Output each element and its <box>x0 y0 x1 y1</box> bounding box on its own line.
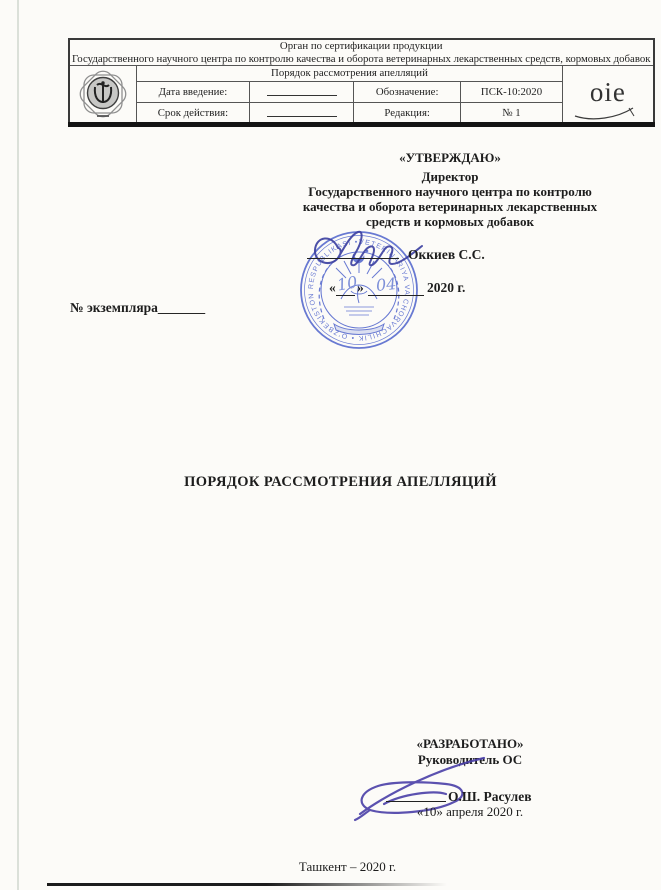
veterinary-emblem-icon <box>75 66 131 122</box>
oie-logo-swoosh-icon <box>573 106 637 120</box>
field-value-revision: № 1 <box>460 103 562 125</box>
approve-org-line1: Государственного научного центра по конт… <box>290 184 610 199</box>
field-blank-date-intro <box>250 81 354 103</box>
field-value-designation: ПСК-10:2020 <box>460 81 562 103</box>
field-blank-validity <box>250 103 354 125</box>
copy-number-label: № экземпляра_______ <box>70 300 205 316</box>
approve-date-day-line <box>336 295 355 296</box>
header-doc-name-cell: Порядок рассмотрения апелляций <box>136 66 562 82</box>
header-org-cell: Орган по сертификации продукции Государс… <box>69 39 654 66</box>
approve-date-month-handwritten: 04 <box>375 274 397 295</box>
developed-signature-line <box>386 801 446 802</box>
oie-logo: oie <box>565 79 650 106</box>
page-edge-shadow <box>17 0 19 890</box>
field-label-date-intro: Дата введение: <box>136 81 249 103</box>
footer-city-year: Ташкент – 2020 г. <box>17 859 661 875</box>
approve-date-close-quote: » <box>357 280 364 296</box>
approve-date-month-line <box>368 295 424 296</box>
developed-signer-name: О.Ш. Расулев <box>448 789 532 805</box>
header-doc-name: Порядок рассмотрения апелляций <box>271 67 428 79</box>
field-label-revision: Редакция: <box>354 103 460 125</box>
approve-signer-name: Оккиев С.С. <box>408 247 485 263</box>
approve-date-open-quote: « <box>329 280 336 296</box>
approve-org-line2: качества и оборота ветеринарных лекарств… <box>290 199 610 214</box>
developed-quote: «РАЗРАБОТАНО» <box>330 736 610 752</box>
field-label-validity: Срок действия: <box>136 103 249 125</box>
header-org-line2: Государственного научного центра по конт… <box>72 53 651 66</box>
field-label-designation: Обозначение: <box>354 81 460 103</box>
document-page: Орган по сертификации продукции Государс… <box>0 0 661 890</box>
header-org-line1: Орган по сертификации продукции <box>72 40 651 53</box>
approve-date-year: 2020 г. <box>427 280 465 296</box>
approve-date-day-handwritten: 10 <box>336 272 359 294</box>
approve-block: «УТВЕРЖДАЮ» Директор Государственного на… <box>290 150 610 229</box>
approve-quote: «УТВЕРЖДАЮ» <box>290 150 610 165</box>
document-title: ПОРЯДОК РАССМОТРЕНИЯ АПЕЛЛЯЦИЙ <box>10 474 661 491</box>
scan-artifact-line <box>47 883 447 886</box>
developed-date: «10» апреля 2020 г. <box>330 804 610 820</box>
oie-logo-cell: oie <box>563 66 654 125</box>
approve-signature-line <box>307 258 399 259</box>
approve-role: Директор <box>290 169 610 184</box>
certification-header-table: Орган по сертификации продукции Государс… <box>68 38 655 127</box>
vet-emblem-cell <box>69 66 136 125</box>
